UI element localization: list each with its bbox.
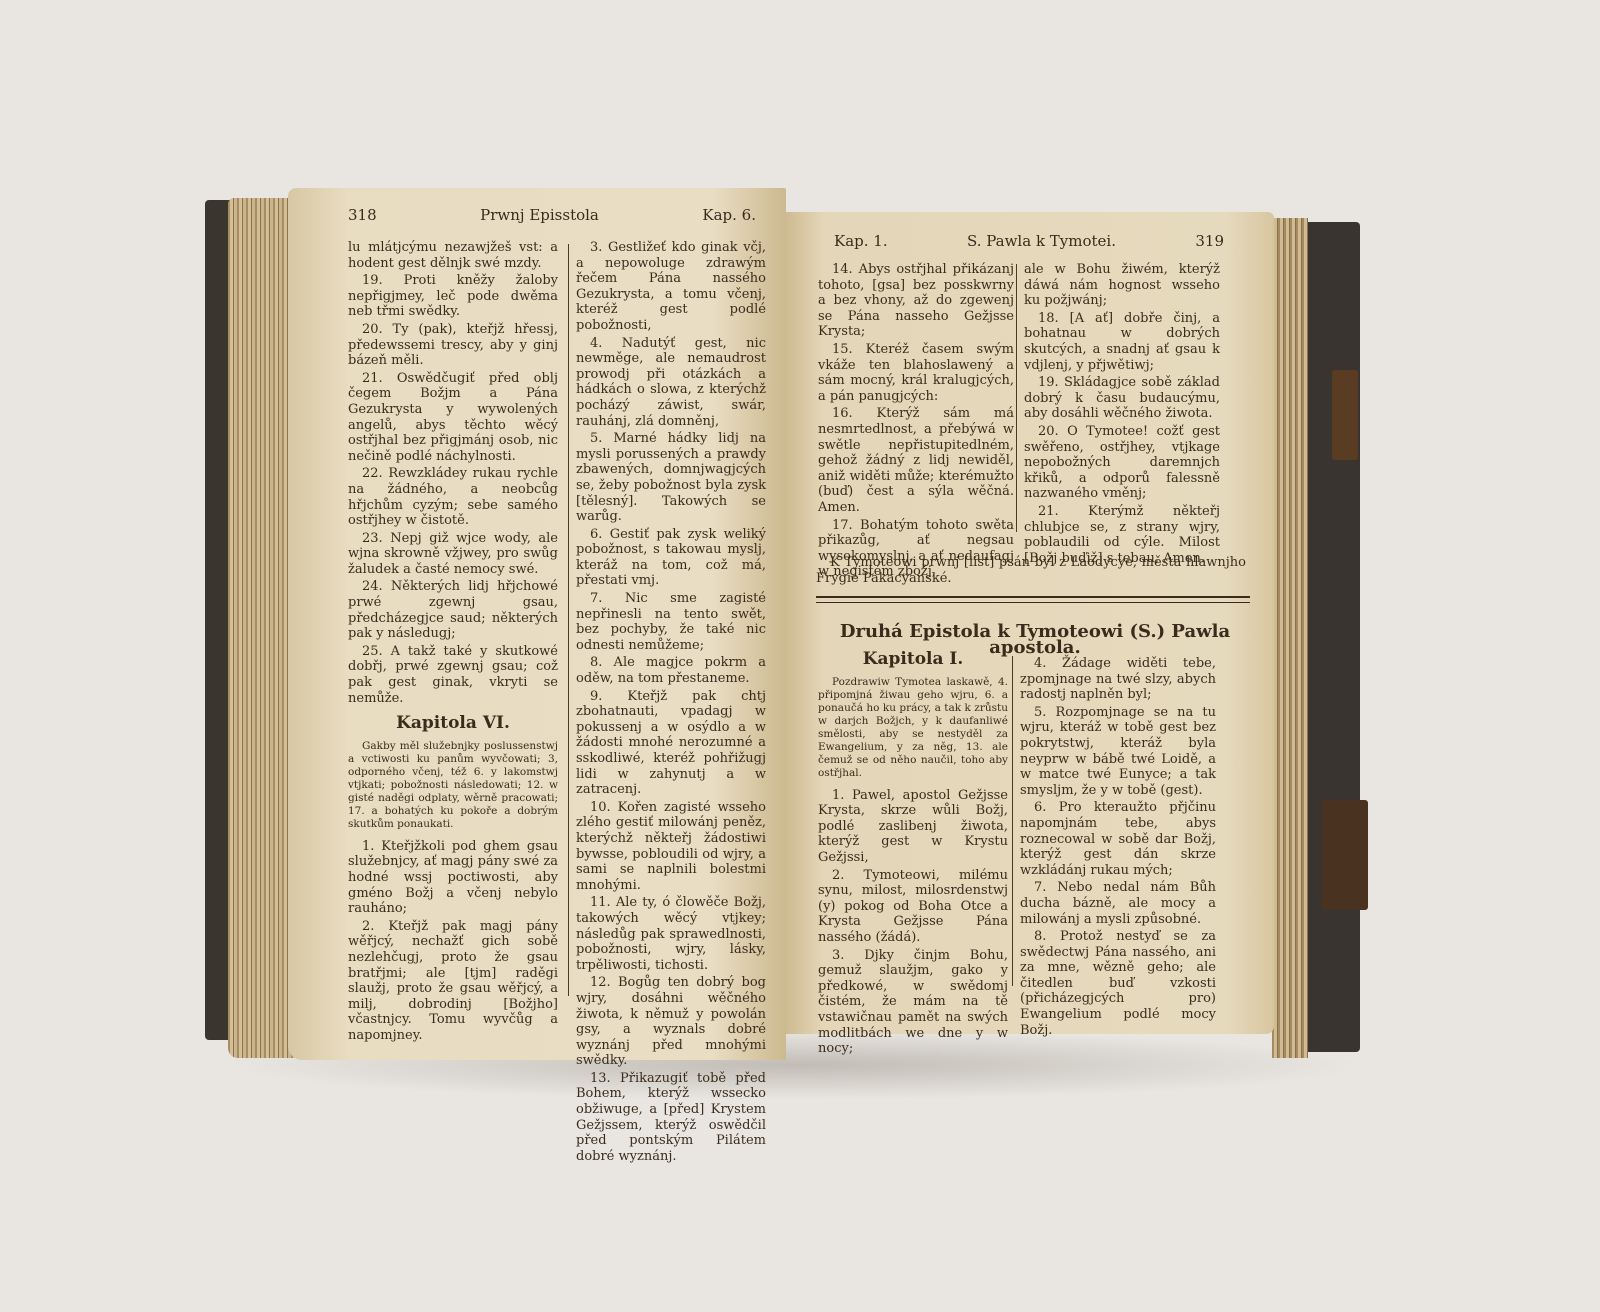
right-page-header: Kap. 1. S. Pawla k Tymotei. 319	[834, 234, 1224, 250]
verse: 3. Djky činjm Bohu, gemuž slaužjm, gako …	[818, 948, 1008, 1057]
leather-tab-lower	[1322, 800, 1368, 910]
running-title: Prwnj Episstola	[480, 208, 599, 224]
verse: 4. Žádage widěti tebe, zpomjnage na twé …	[1020, 656, 1216, 703]
right-page-column-2: ale w Bohu žiwém, kterýž dáwá nám hognos…	[1024, 262, 1220, 568]
page-edges-right	[1272, 218, 1308, 1058]
chapter-heading: Kapitola VI.	[348, 716, 558, 732]
verse: 5. Marné hádky lidj na mysli porussených…	[576, 431, 766, 525]
closing-note: K Tymoteowi prwnj [list] psán byl z Laod…	[816, 555, 1246, 586]
chapter-label: Kap. 1.	[834, 234, 888, 250]
running-title: S. Pawla k Tymotei.	[967, 234, 1116, 250]
verse: 19. Proti kněžy žaloby nepřigjmey, leč p…	[348, 273, 558, 320]
left-page: 318 Prwnj Episstola Kap. 6. lu mlátjcýmu…	[288, 188, 786, 1060]
page-number: 319	[1195, 234, 1224, 250]
right-page-column-3: Kapitola I. Pozdrawiw Tymotea laskawě, 4…	[818, 652, 1008, 1059]
verse: 7. Nic sme zagisté nepřinesli na tento s…	[576, 591, 766, 653]
leather-tab-upper	[1332, 370, 1358, 460]
verse: 13. Přikazugiť tobě před Bohem, kterýž w…	[576, 1071, 766, 1165]
verse: 2. Tymoteowi, milému synu, milost, milos…	[818, 868, 1008, 946]
verse: 12. Bogůg ten dobrý bog wjry, dosáhni wě…	[576, 975, 766, 1069]
verse: 23. Nepj giž wjce wody, ale wjna skrowně…	[348, 531, 558, 578]
verse: 19. Skládagjce sobě základ dobrý k času …	[1024, 375, 1220, 422]
verse: 11. Ale ty, ó člowěče Božj, takowých wěc…	[576, 895, 766, 973]
chapter-heading: Kapitola I.	[818, 652, 1008, 668]
verse: 18. [A ať] dobře činj, a bohatnau w dobr…	[1024, 311, 1220, 373]
verse: 1. Kteřjžkoli pod ghem gsau služebnjcy, …	[348, 839, 558, 917]
verse: 20. O Tymotee! cožť gest swěřeno, ostřjh…	[1024, 424, 1220, 502]
left-page-column-1: lu mlátjcýmu nezawjžeš vst: a hodent ges…	[348, 240, 558, 1046]
verse: 2. Kteřjž pak magj pány wěřjcý, nechažť …	[348, 919, 558, 1044]
verse: 9. Kteřjž pak chtj zbohatnauti, vpadagj …	[576, 689, 766, 798]
left-page-column-2: 3. Gestližeť kdo ginak včj, a nepowoluge…	[576, 240, 766, 1166]
verse: 10. Kořen zagisté wsseho zlého gestiť mi…	[576, 800, 766, 894]
verse: 21. Oswědčugiť před oblj čegem Božjm a P…	[348, 371, 558, 465]
verse: 6. Pro kteraužto přjčinu napomjnám tebe,…	[1020, 800, 1216, 878]
verse: 7. Nebo nedal nám Bůh ducha bázně, ale m…	[1020, 880, 1216, 927]
left-page-header: 318 Prwnj Episstola Kap. 6.	[348, 208, 756, 224]
verse: 20. Ty (pak), kteřjž hřessj, předewssemi…	[348, 322, 558, 369]
chapter-summary: Pozdrawiw Tymotea laskawě, 4. připomjná …	[818, 676, 1008, 780]
verse: 25. A takž také y skutkowé dobřj, prwé z…	[348, 644, 558, 706]
verse: 4. Nadutýť gest, nic newměge, ale nemaud…	[576, 336, 766, 430]
column-divider	[568, 244, 569, 996]
page-number: 318	[348, 208, 377, 224]
book-cover-right	[1300, 222, 1360, 1052]
section-double-rule	[816, 596, 1250, 603]
right-page-column-1: 14. Abys ostřjhal přikázanj tohoto, [gsa…	[818, 262, 1014, 582]
verse: 15. Kteréž časem swým vkáže ten blahosla…	[818, 342, 1014, 404]
verse: 8. Ale magjce pokrm a oděw, na tom přest…	[576, 655, 766, 686]
verse: 22. Rewzkládey rukau rychle na žádného, …	[348, 466, 558, 528]
right-page-column-4: 4. Žádage widěti tebe, zpomjnage na twé …	[1020, 656, 1216, 1040]
verse: 5. Rozpomjnage se na tu wjru, kteráž w t…	[1020, 705, 1216, 799]
verse: 16. Kterýž sám má nesmrtedlnost, a přebý…	[818, 406, 1014, 515]
column-divider	[1012, 656, 1013, 986]
verse: 14. Abys ostřjhal přikázanj tohoto, [gsa…	[818, 262, 1014, 340]
verse: 6. Gestiť pak zysk weliký pobožnost, s t…	[576, 527, 766, 589]
verse: 8. Protož nestyď se za swědectwj Pána na…	[1020, 929, 1216, 1038]
chapter-summary: Gakby měl služebnjky poslussenstwj a vct…	[348, 740, 558, 831]
verse: 24. Některých lidj hřjchowé prwé zgewnj …	[348, 579, 558, 641]
verse: lu mlátjcýmu nezawjžeš vst: a hodent ges…	[348, 240, 558, 271]
chapter-label: Kap. 6.	[702, 208, 756, 224]
right-page: Kap. 1. S. Pawla k Tymotei. 319 14. Abys…	[784, 212, 1274, 1034]
verse: 1. Pawel, apostol Gežjsse Krysta, skrze …	[818, 788, 1008, 866]
verse: ale w Bohu žiwém, kterýž dáwá nám hognos…	[1024, 262, 1220, 309]
verse: 3. Gestližeť kdo ginak včj, a nepowoluge…	[576, 240, 766, 334]
column-divider	[1016, 264, 1017, 532]
